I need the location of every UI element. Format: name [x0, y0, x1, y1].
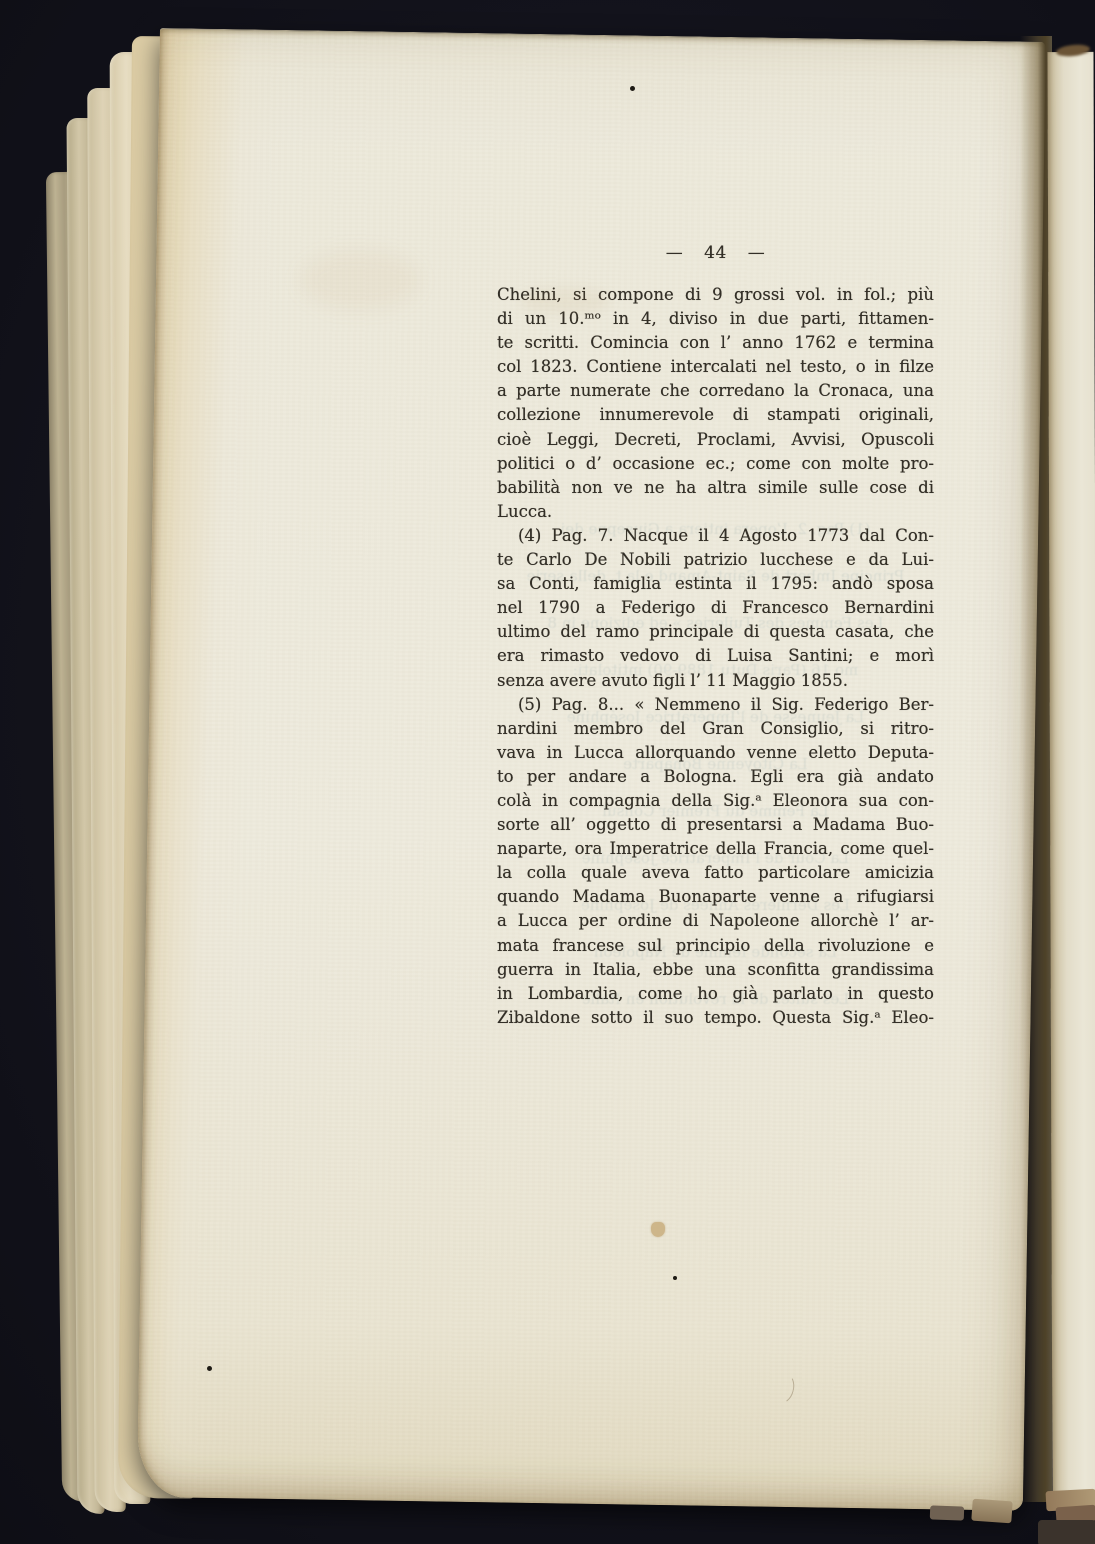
text-line: te scritti. Comincia con l’ anno 1762 e …: [497, 331, 934, 355]
text-line: colà in compagnia della Sig.ᵃ Eleonora s…: [497, 789, 934, 813]
book-gutter: [1020, 36, 1052, 1502]
page-edge-step: [930, 1505, 964, 1520]
text-line: senza avere avuto figli l’ 11 Maggio 185…: [497, 669, 934, 693]
text-line: babilità non ve ne ha altra simile sulle…: [497, 476, 934, 500]
text-line: Lucca.: [497, 500, 934, 524]
text-line: la colla quale aveva fatto particolare a…: [497, 861, 934, 885]
text-line: mata francese sul principio della rivolu…: [497, 934, 934, 958]
text-line: quando Madama Buonaparte venne a rifugia…: [497, 885, 934, 909]
text-line: sorte all’ oggetto di presentarsi a Mada…: [497, 813, 934, 837]
text-line: in Lombardia, come ho già parlato in que…: [497, 982, 934, 1006]
text-line: te Carlo De Nobili patrizio lucchese e d…: [497, 548, 934, 572]
text-line: sa Conti, famiglia estinta il 1795: andò…: [497, 572, 934, 596]
page-edge-step: [1038, 1520, 1095, 1544]
paper-stain: [651, 1222, 665, 1237]
text-line: vava in Lucca allorquando venne eletto D…: [497, 741, 934, 765]
text-line: Zibaldone sotto il suo tempo. Questa Sig…: [497, 1006, 934, 1030]
ink-speck: [630, 86, 635, 91]
text-line: cioè Leggi, Decreti, Proclami, Avvisi, O…: [497, 428, 934, 452]
ink-speck: [207, 1366, 212, 1371]
text-line: nel 1790 a Federigo di Francesco Bernard…: [497, 596, 934, 620]
paper-stain: [300, 250, 420, 310]
ink-speck: [673, 1276, 677, 1280]
scanned-book-photo: (1) Pag. 2. L’opera intiera a Giuseppe d…: [0, 0, 1095, 1544]
page-text: — 44 — Chelini, si compone di 9 grossi v…: [497, 243, 934, 1030]
page-edge-step: [971, 1499, 1012, 1524]
facing-page-edge: [1047, 52, 1095, 1494]
text-line: nardini membro del Gran Consiglio, si ri…: [497, 717, 934, 741]
text-line: collezione innumerevole di stampati orig…: [497, 403, 934, 427]
text-line: era rimasto vedovo di Luisa Santini; e m…: [497, 644, 934, 668]
text-line: a Lucca per ordine di Napoleone allorchè…: [497, 909, 934, 933]
text-line: ultimo del ramo principale di questa cas…: [497, 620, 934, 644]
text-line: a parte numerate che corredano la Cronac…: [497, 379, 934, 403]
text-line: col 1823. Contiene intercalati nel testo…: [497, 355, 934, 379]
text-block: Chelini, si compone di 9 grossi vol. in …: [497, 283, 934, 1030]
paper-stain: [520, 288, 610, 314]
text-line: to per andare a Bologna. Egli era già an…: [497, 765, 934, 789]
text-line: (5) Pag. 8... « Nemmeno il Sig. Federigo…: [497, 693, 934, 717]
text-line: politici o d’ occasione ec.; come con mo…: [497, 452, 934, 476]
page-number: — 44 —: [497, 243, 934, 267]
text-line: (4) Pag. 7. Nacque il 4 Agosto 1773 dal …: [497, 524, 934, 548]
text-line: guerra in Italia, ebbe una sconfitta gra…: [497, 958, 934, 982]
text-line: naparte, ora Imperatrice della Francia, …: [497, 837, 934, 861]
